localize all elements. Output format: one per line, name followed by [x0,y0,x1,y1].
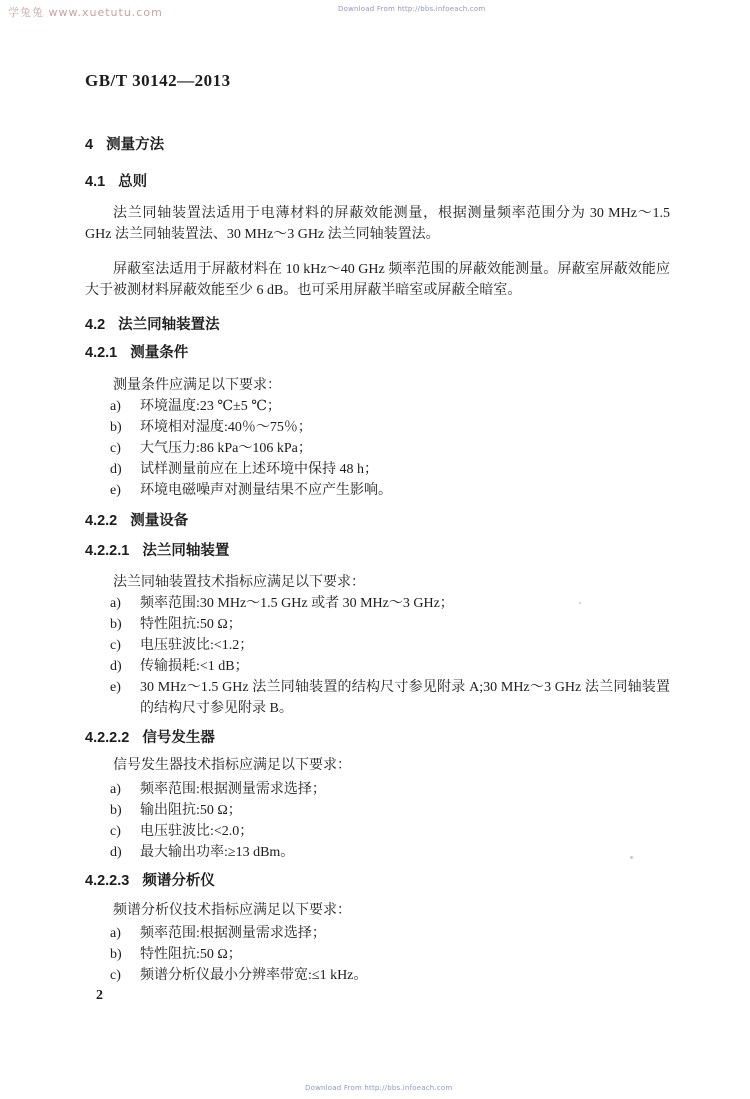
list-intro-4-2-2-3: 频谱分析仪技术指标应满足以下要求： [85,901,670,921]
list-item-label: c) [110,965,138,986]
list-item-label: b) [110,944,138,965]
list-item-label: d) [110,842,138,863]
list-item-text: 环境电磁噪声对测量结果不应产生影响。 [140,483,392,498]
heading-title: 测量设备 [130,513,188,529]
requirement-list-4-2-2-2: a)频率范围:根据测量需求选择； b)输出阻抗:50 Ω； c)电压驻波比:<2… [85,779,670,863]
heading-number: 4.2 [85,315,105,335]
heading-4: 4测量方法 [85,135,670,155]
list-item-label: c) [110,438,138,459]
list-intro-4-2-2-1: 法兰同轴装置技术指标应满足以下要求： [85,573,670,593]
document-page: 学兔兔 www.xuetutu.com Download From http:/… [0,0,750,1099]
download-note-bottom: Download From http://bbs.infoeach.com [305,1084,452,1092]
heading-4-1: 4.1总则 [85,172,670,192]
list-item-label: b) [110,800,138,821]
requirement-list-4-2-1: a)环境温度:23 ℃±5 ℃； b)环境相对湿度:40％～75％； c)大气压… [85,396,670,501]
heading-4-2-1: 4.2.1测量条件 [85,343,670,363]
heading-title: 法兰同轴装置法 [118,317,220,333]
heading-4-2-2-2: 4.2.2.2信号发生器 [85,728,670,748]
list-item: a)频率范围:根据测量需求选择； [85,779,670,800]
heading-number: 4.2.2 [85,511,117,531]
list-item: c)电压驻波比:<2.0； [85,821,670,842]
paragraph-4-1-b: 屏蔽室法适用于屏蔽材料在 10 kHz～40 GHz 频率范围的屏蔽效能测量。屏… [85,259,670,301]
requirement-list-4-2-2-3: a)频率范围:根据测量需求选择； b)特性阻抗:50 Ω； c)频谱分析仪最小分… [85,923,670,986]
heading-number: 4.2.1 [85,343,117,363]
heading-title: 总则 [118,174,147,190]
list-item-text: 环境相对湿度:40％～75％； [140,420,312,435]
list-item-label: d) [110,656,138,677]
heading-title: 测量条件 [130,345,188,361]
watermark-text: 学兔兔 www.xuetutu.com [8,4,163,20]
requirement-list-4-2-2-1: a)频率范围:30 MHz～1.5 GHz 或者 30 MHz～3 GHz； b… [85,593,670,719]
list-item-label: b) [110,614,138,635]
heading-4-2-2: 4.2.2测量设备 [85,511,670,531]
heading-title: 频谱分析仪 [142,873,215,889]
list-item-label: a) [110,779,138,800]
list-item: b)环境相对湿度:40％～75％； [85,417,670,438]
list-item-text: 试样测量前应在上述环境中保持 48 h； [140,462,378,477]
heading-title: 信号发生器 [142,730,215,746]
heading-number: 4.2.2.2 [85,728,129,748]
list-item: d)最大输出功率:≥13 dBm。 [85,842,670,863]
list-item-label: c) [110,635,138,656]
list-item: e)环境电磁噪声对测量结果不应产生影响。 [85,480,670,501]
list-intro-4-2-2-2: 信号发生器技术指标应满足以下要求： [85,756,670,776]
heading-4-2-2-1: 4.2.2.1法兰同轴装置 [85,541,670,561]
heading-title: 测量方法 [106,137,164,153]
heading-number: 4 [85,135,93,155]
list-item: e)30 MHz～1.5 GHz 法兰同轴装置的结构尺寸参见附录 A;30 MH… [85,677,670,719]
heading-number: 4.1 [85,172,105,192]
list-item: a)环境温度:23 ℃±5 ℃； [85,396,670,417]
list-item: d)试样测量前应在上述环境中保持 48 h； [85,459,670,480]
list-item: b)输出阻抗:50 Ω； [85,800,670,821]
list-item: c)电压驻波比:<1.2； [85,635,670,656]
list-item-text: 输出阻抗:50 Ω； [140,803,242,818]
list-item: b)特性阻抗:50 Ω； [85,614,670,635]
list-item-label: d) [110,459,138,480]
list-item: b)特性阻抗:50 Ω； [85,944,670,965]
list-item-label: c) [110,821,138,842]
list-item-text: 频谱分析仪最小分辨率带宽:≤1 kHz。 [140,968,367,983]
list-item-text: 30 MHz～1.5 GHz 法兰同轴装置的结构尺寸参见附录 A;30 MHz～… [140,680,670,716]
paragraph-4-1-a: 法兰同轴装置法适用于电薄材料的屏蔽效能测量，根据测量频率范围分为 30 MHz～… [85,203,670,245]
scan-speck [630,856,633,859]
list-item-text: 频率范围:根据测量需求选择； [140,782,326,797]
list-item: c)大气压力:86 kPa～106 kPa； [85,438,670,459]
page-number: 2 [96,988,103,1004]
list-item-label: e) [110,677,138,698]
list-item-text: 电压驻波比:<1.2； [140,638,253,653]
list-item-label: a) [110,396,138,417]
heading-number: 4.2.2.1 [85,541,129,561]
list-item-text: 最大输出功率:≥13 dBm。 [140,845,294,860]
list-item-text: 频率范围:根据测量需求选择； [140,926,326,941]
list-item-text: 传输损耗:<1 dB； [140,659,249,674]
document-content: 4测量方法 4.1总则 法兰同轴装置法适用于电薄材料的屏蔽效能测量，根据测量频率… [85,135,670,986]
list-item-label: a) [110,923,138,944]
list-item-label: b) [110,417,138,438]
list-item-label: a) [110,593,138,614]
download-note-top: Download From http://bbs.infoeach.com [338,5,485,13]
scan-speck [579,602,581,604]
list-item: a)频率范围:根据测量需求选择； [85,923,670,944]
doc-number-header: GB/T 30142—2013 [85,71,231,91]
heading-4-2: 4.2法兰同轴装置法 [85,315,670,335]
list-item-text: 环境温度:23 ℃±5 ℃； [140,399,281,414]
list-intro-4-2-1: 测量条件应满足以下要求： [85,376,670,396]
list-item-text: 电压驻波比:<2.0； [140,824,253,839]
list-item-text: 特性阻抗:50 Ω； [140,947,242,962]
list-item-text: 特性阻抗:50 Ω； [140,617,242,632]
list-item: a)频率范围:30 MHz～1.5 GHz 或者 30 MHz～3 GHz； [85,593,670,614]
heading-4-2-2-3: 4.2.2.3频谱分析仪 [85,871,670,891]
heading-number: 4.2.2.3 [85,871,129,891]
list-item: d)传输损耗:<1 dB； [85,656,670,677]
list-item: c)频谱分析仪最小分辨率带宽:≤1 kHz。 [85,965,670,986]
list-item-text: 频率范围:30 MHz～1.5 GHz 或者 30 MHz～3 GHz； [140,596,454,611]
list-item-text: 大气压力:86 kPa～106 kPa； [140,441,312,456]
heading-title: 法兰同轴装置 [142,543,229,559]
list-item-label: e) [110,480,138,501]
